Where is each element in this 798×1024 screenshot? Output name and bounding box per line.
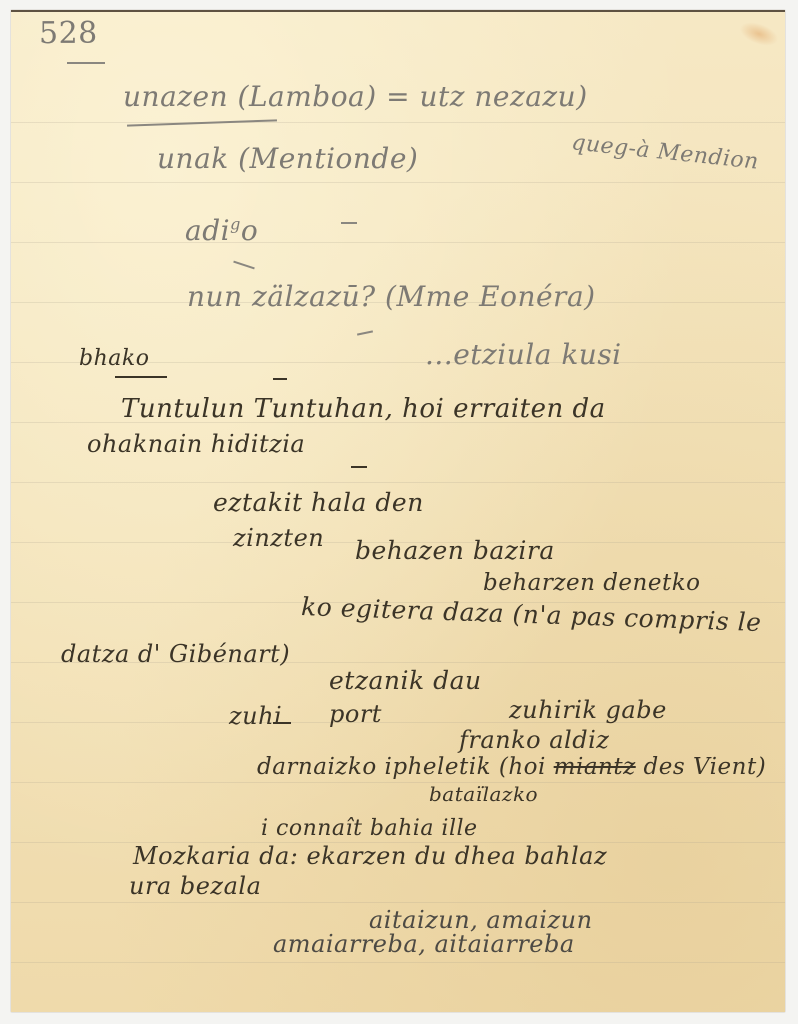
line-15: etzanik dau [329, 666, 482, 695]
line-17: franko aldiz [459, 726, 609, 754]
line-3-superscript: g [230, 215, 241, 234]
ruled-line [11, 962, 785, 963]
paper-stain [737, 18, 781, 50]
ruled-line [11, 782, 785, 783]
line-3-text: adi [185, 214, 230, 247]
line-12: beharzen denetko [483, 570, 701, 596]
line-1: unazen (Lamboa) = utz nezazu) [123, 80, 588, 113]
line-16-word-1: zuhi [229, 702, 282, 730]
line-7: Tuntulun Tuntuhan, hoi erraiten da [121, 394, 606, 424]
ruled-line [11, 242, 785, 243]
line-3: adigo [185, 214, 258, 247]
line-10: zinzten [233, 524, 324, 552]
line-16-word-2: port [329, 700, 382, 728]
section-heading-underline [115, 376, 167, 378]
line-22: ura bezala [129, 872, 261, 900]
dash-mark [341, 222, 357, 224]
line-21: Mozkaria da: ekarzen du dhea bahlaz [133, 842, 607, 870]
ruled-line [11, 722, 785, 723]
dash-mark [357, 330, 373, 335]
line-11: behazen bazira [355, 536, 555, 565]
line-19: bataïlazko [429, 782, 538, 806]
line-18-struck-word: miantz [554, 754, 636, 780]
line-1-underline [127, 119, 277, 126]
line-8: ohaknain hiditzia [87, 430, 305, 458]
line-16-word-3: zuhirik gabe [509, 696, 667, 724]
section-heading: bhako [79, 346, 149, 371]
manuscript-page: 528 unazen (Lamboa) = utz nezazu) unak (… [11, 10, 785, 1012]
line-4: nun zälzazū? (Mme Eonéra) [187, 280, 596, 313]
ruled-line [11, 902, 785, 903]
line-13: ko egitera daza (n'a pas compris le [301, 592, 762, 637]
line-2-annotation: queg-à Mendion [570, 130, 760, 175]
line-14: datza d' Gibénart) [61, 640, 290, 668]
page-number: 528 [39, 16, 98, 51]
line-20: i connaît bahia ille [261, 816, 478, 841]
line-18-tail: des Vient) [644, 754, 767, 780]
page-number-dash [67, 62, 105, 64]
line-3-tail: o [241, 214, 258, 247]
line-18: darnaizko ipheletik (hoi miantz des Vien… [257, 754, 766, 780]
dash-mark [273, 378, 287, 380]
dash-mark [273, 722, 291, 724]
ruled-line [11, 482, 785, 483]
line-24: amaiarreba, aitaiarreba [273, 930, 575, 958]
dash-mark [351, 466, 367, 468]
line-2: unak (Mentionde) [157, 142, 418, 175]
line-9: eztakit hala den [213, 488, 424, 517]
dash-mark [233, 261, 255, 270]
line-5-text: ...etziula kusi [425, 338, 622, 371]
ruled-line [11, 122, 785, 123]
ruled-line [11, 182, 785, 183]
line-18-text: darnaizko ipheletik (hoi [257, 754, 546, 780]
